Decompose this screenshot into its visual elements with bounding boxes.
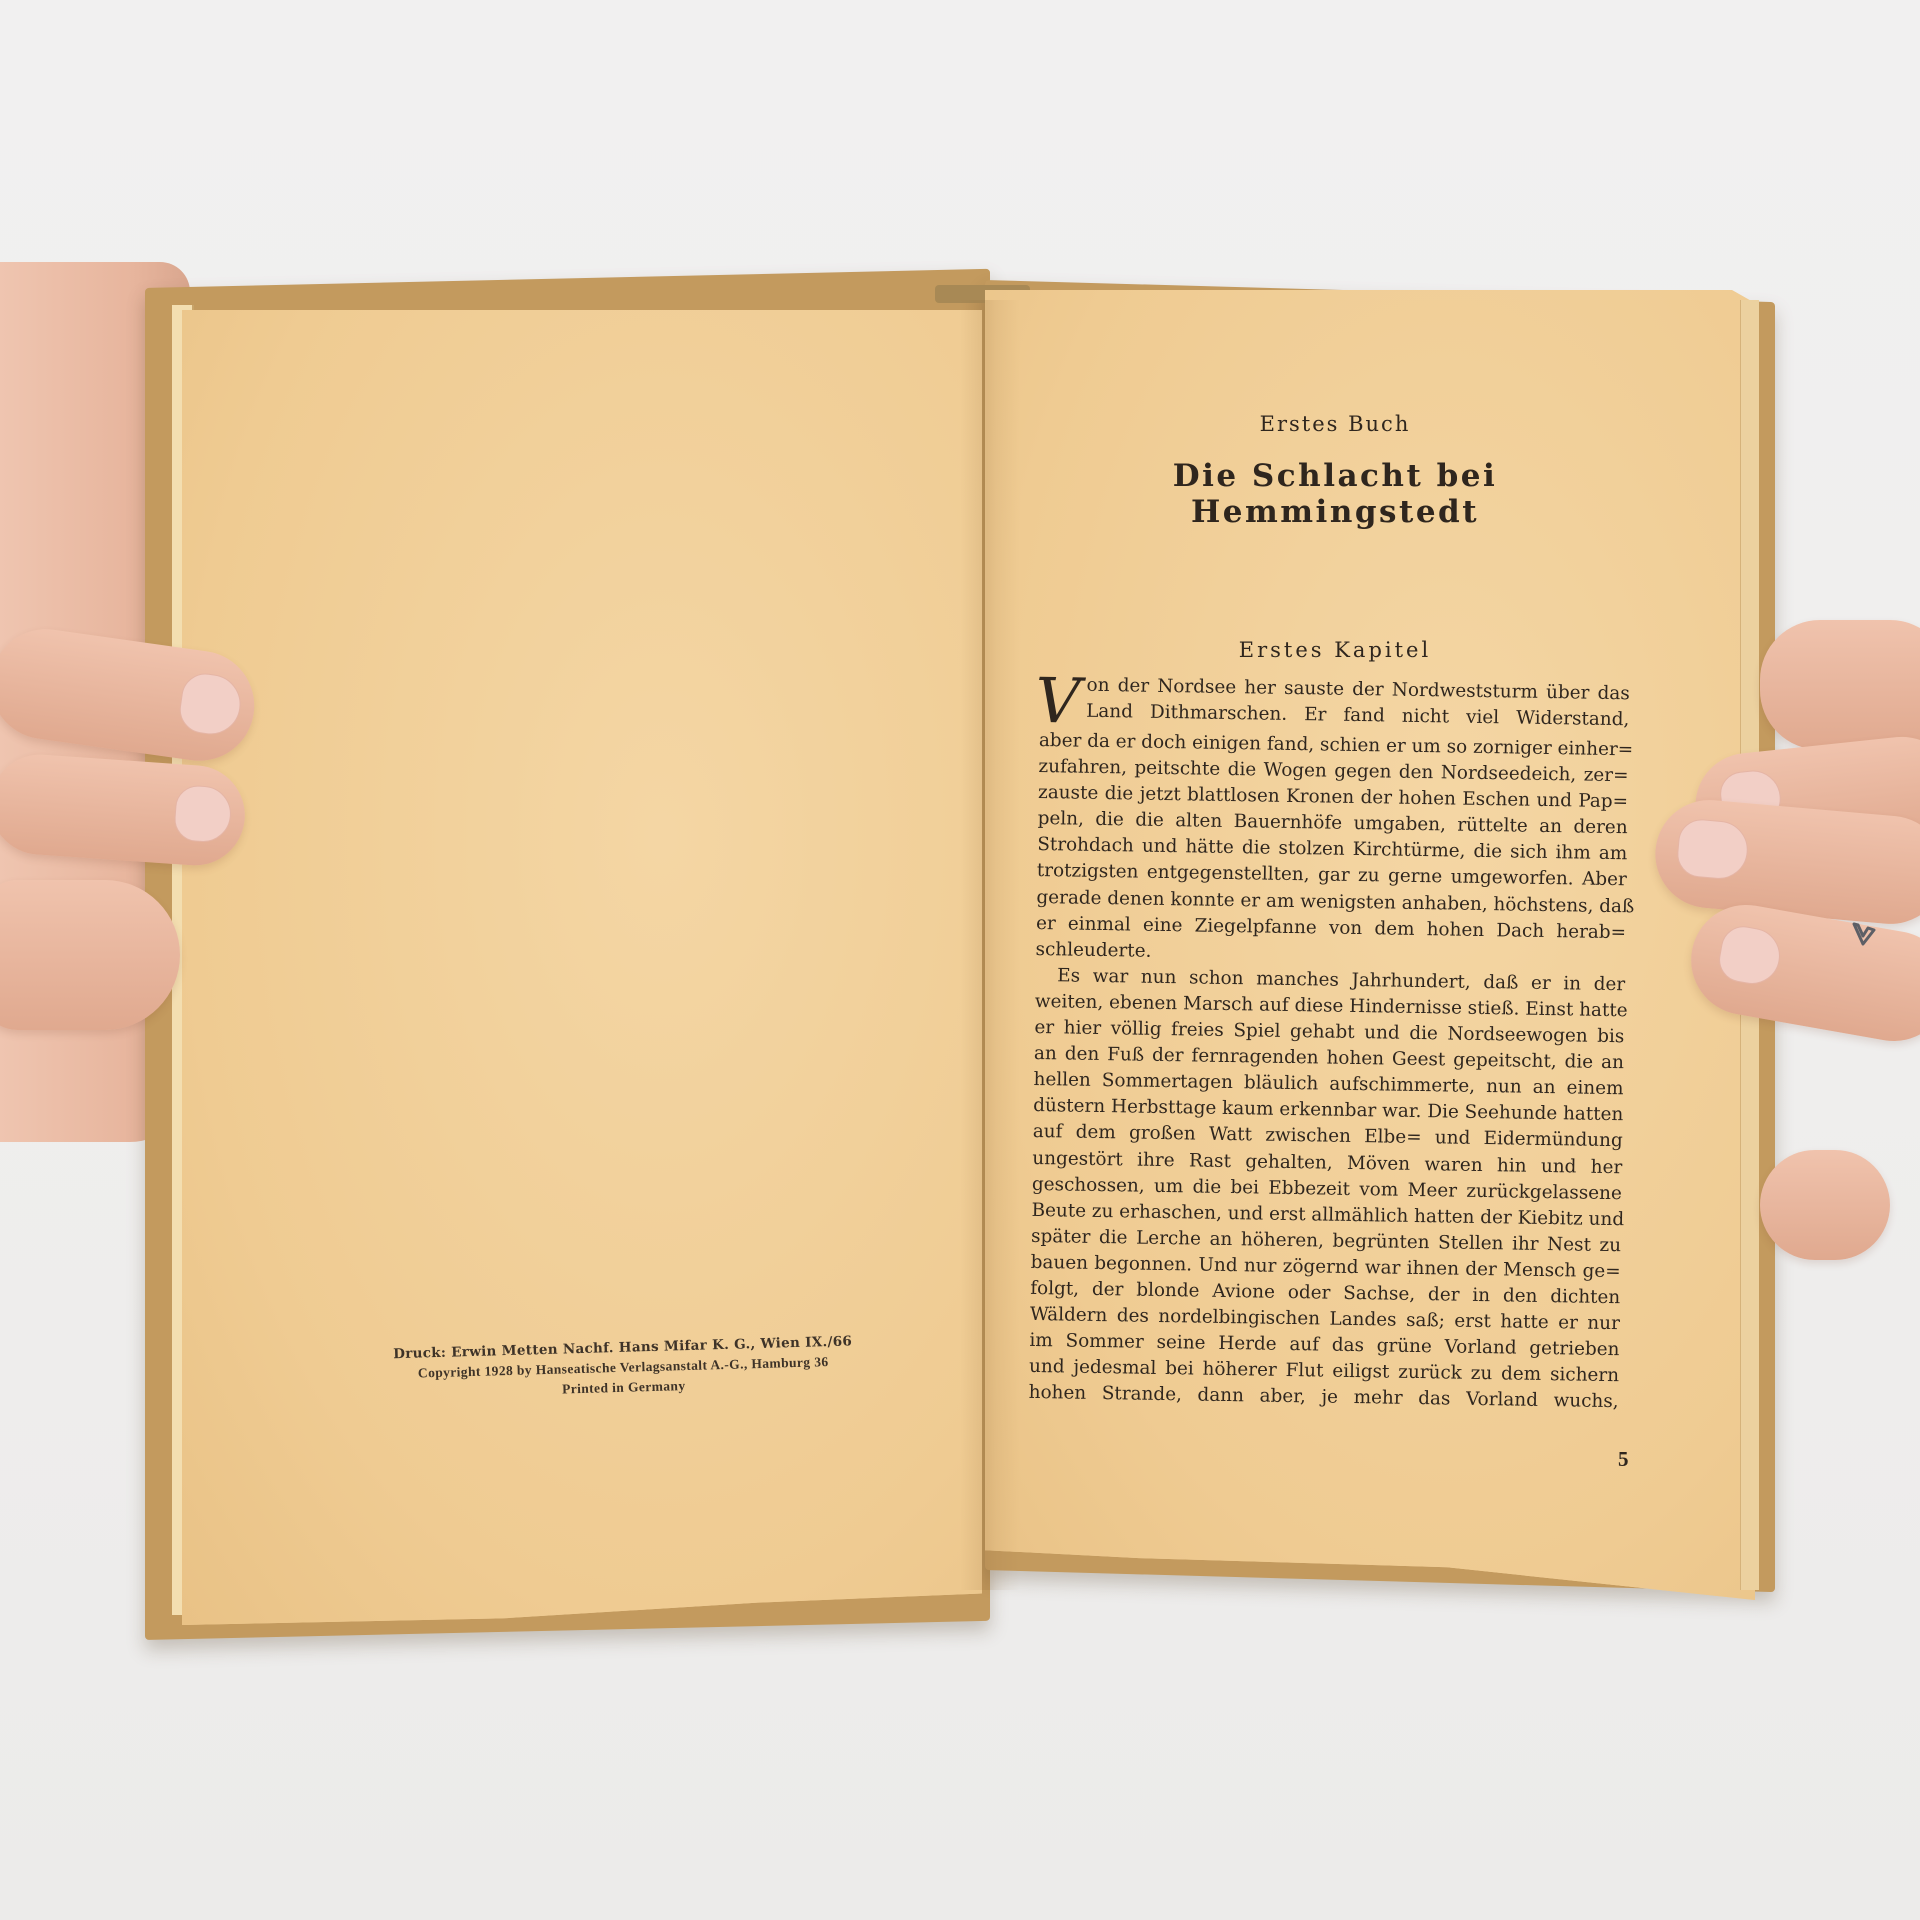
- right-finger-top: [1760, 620, 1920, 750]
- left-page: [182, 310, 982, 1625]
- page-number: 5: [1618, 1447, 1629, 1472]
- paragraph-2: Es war nun schon manches Jahrhundert, da…: [1028, 963, 1625, 1416]
- paragraph-1: V on der Nordsee her sauste der Nordwest…: [1035, 672, 1629, 972]
- heart-tattoo-icon: [1848, 920, 1878, 950]
- chapter-label: Erstes Kapitel: [1040, 638, 1630, 662]
- left-finger-middle: [0, 751, 248, 869]
- left-finger-ring: [0, 880, 180, 1030]
- fingernail: [177, 670, 245, 738]
- book-label: Erstes Buch: [1040, 412, 1630, 436]
- book-gutter: [960, 300, 1020, 1590]
- book-title: Die Schlacht bei Hemmingstedt: [1040, 458, 1630, 530]
- fingernail: [173, 784, 233, 844]
- photo-scene: Druck: Erwin Metten Nachf. Hans Mifar K.…: [0, 0, 1920, 1920]
- fingernail: [1716, 923, 1785, 989]
- drop-cap: V: [1035, 674, 1081, 729]
- right-finger-pinky: [1760, 1150, 1890, 1260]
- right-page-text: Erstes Buch Die Schlacht bei Hemmingsted…: [1040, 412, 1630, 1406]
- fingernail: [1675, 817, 1750, 881]
